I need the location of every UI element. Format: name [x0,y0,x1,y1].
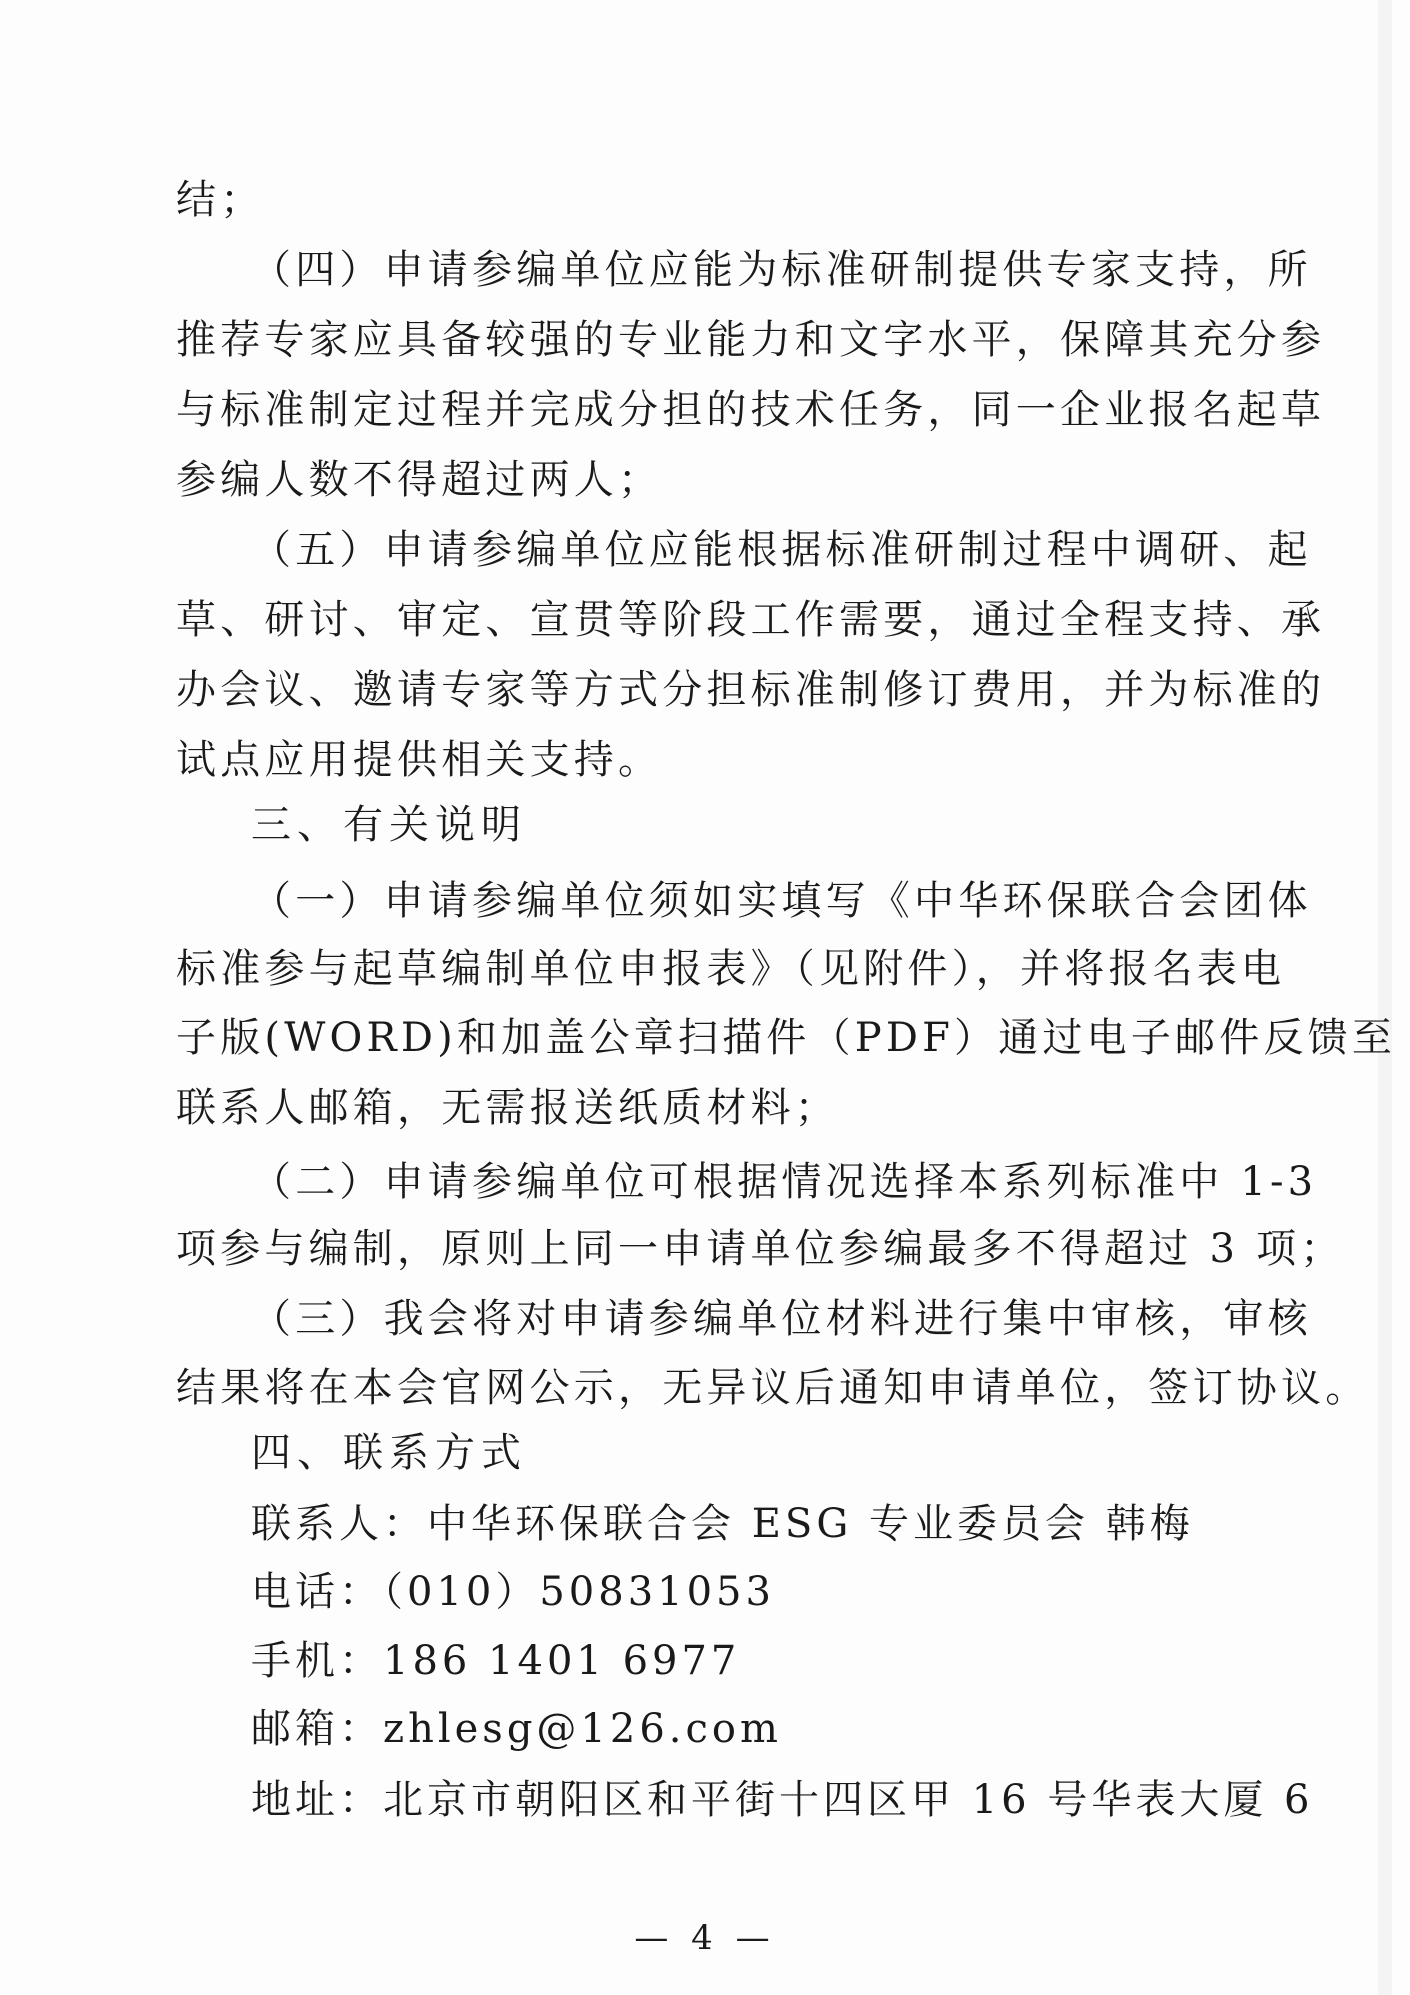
paragraph-line-continuation: 结； [176,165,1170,235]
contact-phone: 电话：（010）50831053 [251,1557,1170,1627]
page-number: — 4 — [0,1912,1410,1964]
note-three-line-2: 结果将在本会官网公示，无异议后通知申请单位，签订协议。 [176,1353,1170,1423]
item-five-line-2: 草、研讨、审定、宣贯等阶段工作需要，通过全程支持、承 [176,585,1170,655]
contact-mobile: 手机：186 1401 6977 [251,1626,1170,1696]
note-two-line-2: 项参与编制，原则上同一申请单位参编最多不得超过 3 项； [176,1214,1170,1284]
section-four-heading: 四、联系方式 [251,1418,1170,1488]
contact-person: 联系人：中华环保联合会 ESG 专业委员会 韩梅 [251,1489,1170,1559]
section-three-heading: 三、有关说明 [251,790,1170,860]
note-one-line-1: （一）申请参编单位须如实填写《中华环保联合会团体 [251,866,1170,936]
item-four-line-4: 参编人数不得超过两人； [176,445,1170,515]
note-three-line-1: （三）我会将对申请参编单位材料进行集中审核，审核 [251,1284,1170,1354]
document-page: 结； （四）申请参编单位应能为标准研制提供专家支持，所 推荐专家应具备较强的专业… [0,0,1410,1995]
note-one-line-2: 标准参与起草编制单位申报表》（见附件），并将报名表电 [176,934,1170,1004]
item-four-line-2: 推荐专家应具备较强的专业能力和文字水平，保障其充分参 [176,305,1170,375]
item-five-line-3: 办会议、邀请专家等方式分担标准制修订费用，并为标准的 [176,655,1170,725]
item-five-line-4: 试点应用提供相关支持。 [176,725,1170,795]
contact-email: 邮箱：zhlesg@126.com [251,1694,1170,1764]
contact-address: 地址：北京市朝阳区和平街十四区甲 16 号华表大厦 6 [251,1765,1170,1835]
item-five-line-1: （五）申请参编单位应能根据标准研制过程中调研、起 [251,515,1170,585]
item-four-line-1: （四）申请参编单位应能为标准研制提供专家支持，所 [251,235,1170,305]
note-two-line-1: （二）申请参编单位可根据情况选择本系列标准中 1-3 [251,1147,1170,1217]
page-edge-shadow [1378,0,1392,1995]
note-one-line-4: 联系人邮箱，无需报送纸质材料； [176,1073,1170,1143]
item-four-line-3: 与标准制定过程并完成分担的技术任务，同一企业报名起草 [176,375,1170,445]
note-one-line-3: 子版(WORD)和加盖公章扫描件（PDF）通过电子邮件反馈至 [176,1003,1170,1073]
